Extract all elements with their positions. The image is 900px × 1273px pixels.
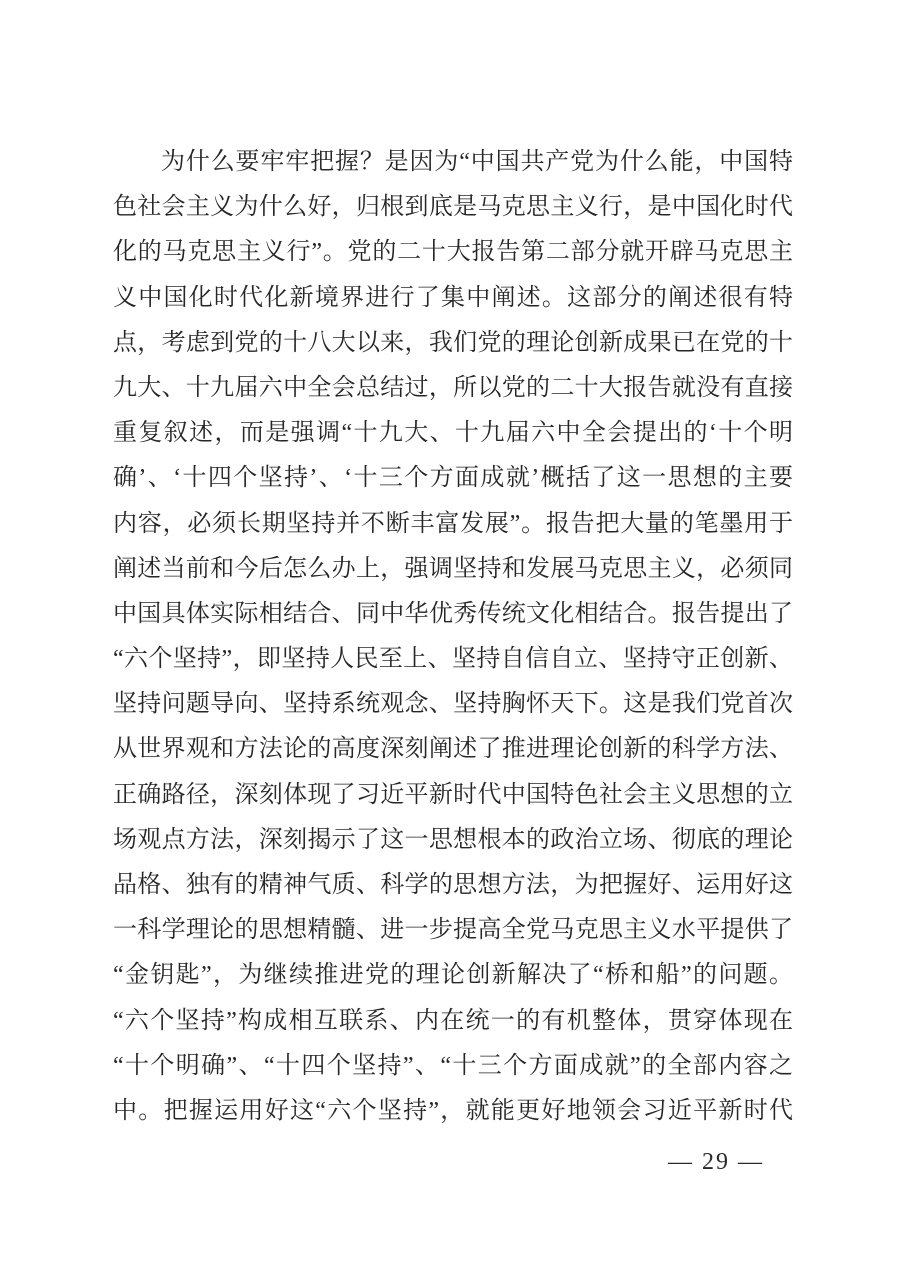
paragraph-line: 化的马克思主义行”。党的二十大报告第二部分就开辟马克思主 [113,230,793,275]
paragraph-line: 品格、独有的精神气质、科学的思想方法，为把握好、运用好这 [113,863,793,908]
paragraph-line: 从世界观和方法论的高度深刻阐述了推进理论创新的科学方法、 [113,727,793,772]
paragraph-line: “十个明确”、“十四个坚持”、“十三个方面成就”的全部内容之 [113,1044,793,1089]
paragraph-line: 一科学理论的思想精髓、进一步提高全党马克思主义水平提供了 [113,908,793,953]
paragraph-line: 重复叙述，而是强调“十九大、十九届六中全会提出的‘十个明 [113,411,793,456]
paragraph-line: 九大、十九届六中全会总结过，所以党的二十大报告就没有直接 [113,366,793,411]
document-page: 为什么要牢牢把握？是因为“中国共产党为什么能，中国特 色社会主义为什么好，归根到… [0,0,900,1273]
paragraph-line: 点，考虑到党的十八大以来，我们党的理论创新成果已在党的十 [113,321,793,366]
paragraph-line: 色社会主义为什么好，归根到底是马克思主义行，是中国化时代 [113,185,793,230]
paragraph-line: 为什么要牢牢把握？是因为“中国共产党为什么能，中国特 [113,140,793,185]
paragraph-line: 坚持问题导向、坚持系统观念、坚持胸怀天下。这是我们党首次 [113,682,793,727]
paragraph-line: 场观点方法，深刻揭示了这一思想根本的政治立场、彻底的理论 [113,818,793,863]
paragraph-line: 中。把握运用好这“六个坚持”，就能更好地领会习近平新时代 [113,1089,793,1134]
paragraph-line: 中国具体实际相结合、同中华优秀传统文化相结合。报告提出了 [113,592,793,637]
paragraph-line: “六个坚持”构成相互联系、内在统一的有机整体，贯穿体现在 [113,999,793,1044]
paragraph-line: 阐述当前和今后怎么办上，强调坚持和发展马克思主义，必须同 [113,547,793,592]
paragraph-line: “金钥匙”，为继续推进党的理论创新解决了“桥和船”的问题。 [113,953,793,998]
paragraph-line: 正确路径，深刻体现了习近平新时代中国特色社会主义思想的立 [113,773,793,818]
paragraph-line: 确’、‘十四个坚持’、‘十三个方面成就’概括了这一思想的主要 [113,456,793,501]
paragraph-line: 内容，必须长期坚持并不断丰富发展”。报告把大量的笔墨用于 [113,502,793,547]
body-paragraph: 为什么要牢牢把握？是因为“中国共产党为什么能，中国特 色社会主义为什么好，归根到… [113,140,793,1134]
paragraph-line: 义中国化时代化新境界进行了集中阐述。这部分的阐述很有特 [113,276,793,321]
paragraph-line: “六个坚持”，即坚持人民至上、坚持自信自立、坚持守正创新、 [113,637,793,682]
page-number: — 29 — [668,1147,764,1177]
